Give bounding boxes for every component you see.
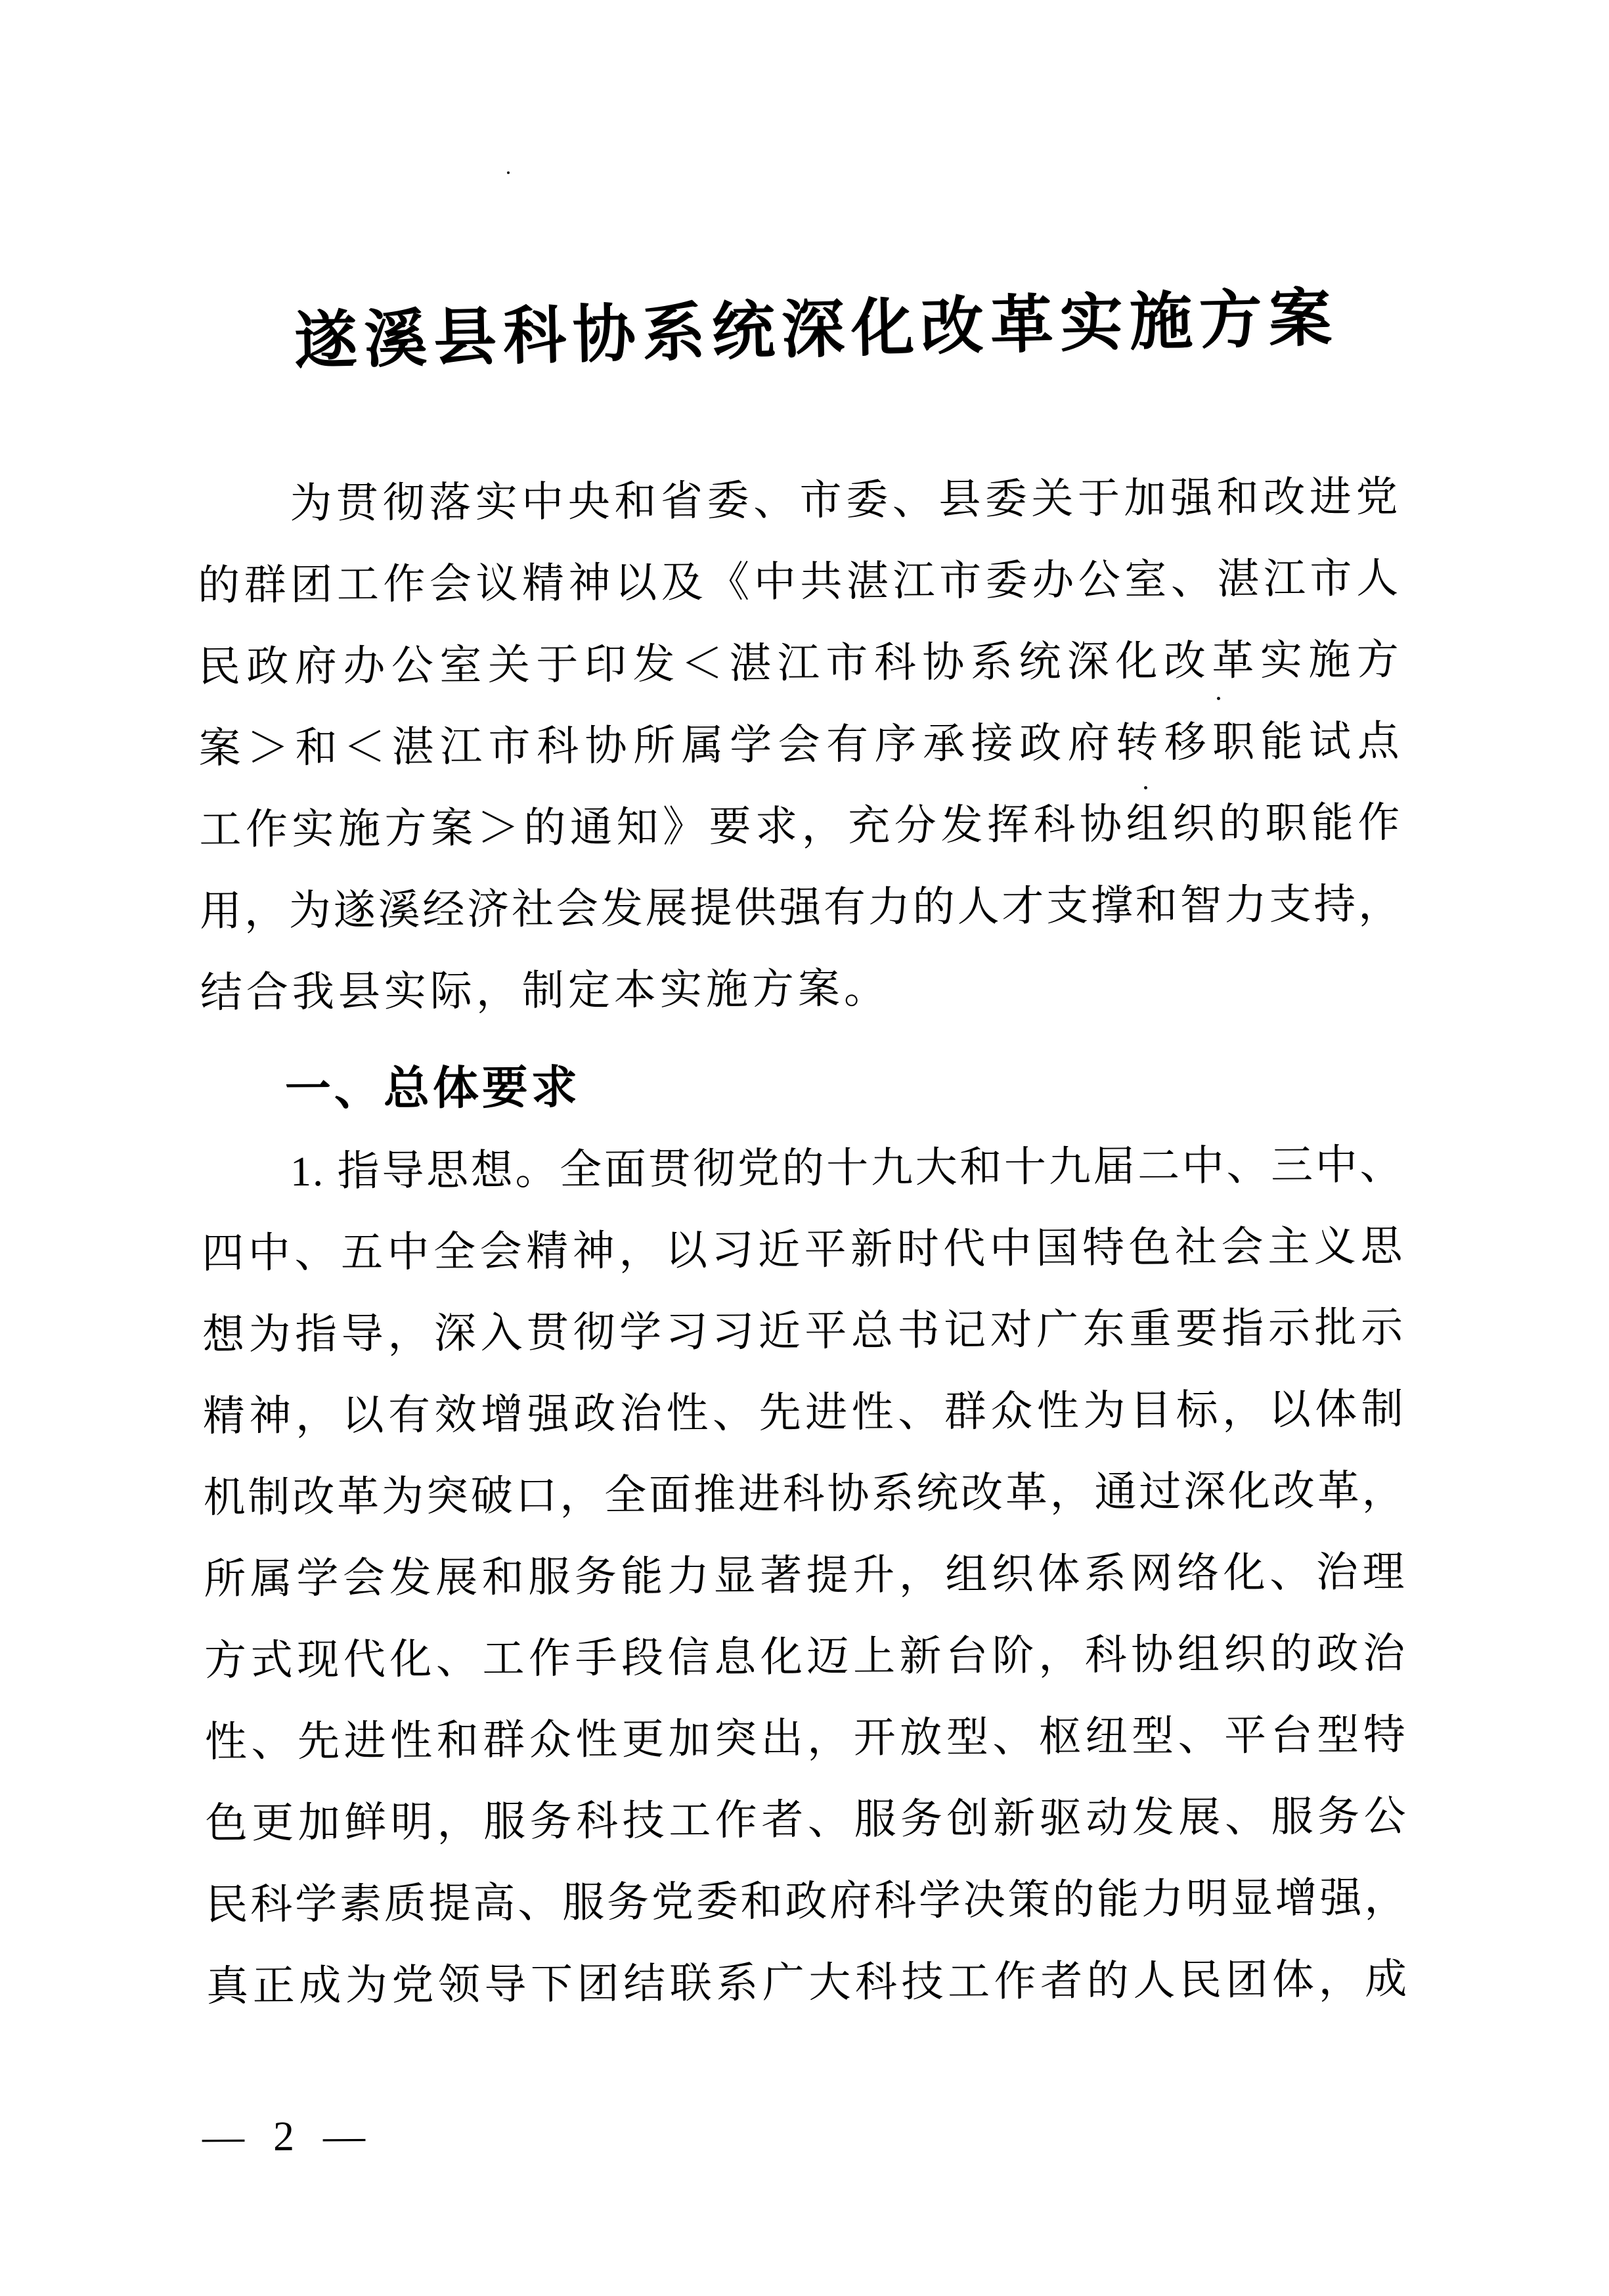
body-line: 精神，以有效增强政治性、先进性、群众性为目标，以体制 (202, 1369, 1405, 1457)
scan-speck (507, 171, 510, 174)
body-line: 民政府办公室关于印发＜湛江市科协系统深化改革实施方 (198, 619, 1401, 708)
body-line: 四中、五中全会精神，以习近平新时代中国特色社会主义思 (202, 1206, 1404, 1294)
body-line: 结合我县实际，制定本实施方案。 (200, 945, 1403, 1034)
scan-speck (1144, 786, 1147, 789)
body-line: 的群团工作会议精神以及《中共湛江市委办公室、湛江市人 (198, 538, 1400, 627)
body-line: 性、先进性和群众性更加突出，开放型、枢纽型、平台型特 (205, 1694, 1407, 1783)
scan-speck (1217, 697, 1220, 700)
body-line: 工作实施方案＞的通知》要求，充分发挥科协组织的职能作 (199, 782, 1401, 871)
body-line: 所属学会发展和服务能力显著提升，组织体系网络化、治理 (204, 1532, 1406, 1620)
body-line: 1. 指导思想。全面贯彻党的十九大和十九届二中、三中、 (201, 1124, 1403, 1213)
body-line: 民科学素质提高、服务党委和政府科学决策的能力明显增强， (206, 1857, 1408, 1946)
body-line: 案＞和＜湛江市科协所属学会有序承接政府转移职能试点 (198, 701, 1401, 789)
body-line: 机制改革为突破口，全面推进科协系统改革，通过深化改革， (203, 1450, 1405, 1539)
document-body: 为贯彻落实中央和省委、市委、县委关于加强和改进党 的群团工作会议精神以及《中共湛… (197, 456, 1409, 2027)
scan-speck (829, 893, 832, 895)
body-line: 方式现代化、工作手段信息化迈上新台阶，科协组织的政治 (204, 1613, 1407, 1702)
document-page: 遂溪县科协系统深化改革实施方案 为贯彻落实中央和省委、市委、县委关于加强和改进党… (0, 0, 1609, 2296)
body-line: 用，为遂溪经济社会发展提供强有力的人才支撑和智力支持， (200, 864, 1402, 952)
body-line: 想为指导，深入贯彻学习习近平总书记对广东重要指示批示 (202, 1287, 1405, 1376)
section-heading: 一、总体要求 (200, 1043, 1403, 1132)
document-title: 遂溪县科协系统深化改革实施方案 (11, 276, 1609, 385)
body-line: 真正成为党领导下团结联系广大科技工作者的人民团体，成 (206, 1939, 1409, 2027)
body-line: 为贯彻落实中央和省委、市委、县委关于加强和改进党 (197, 456, 1400, 545)
body-line: 色更加鲜明，服务科技工作者、服务创新驱动发展、服务公 (205, 1776, 1407, 1865)
page-number: — 2 — (202, 2113, 374, 2159)
